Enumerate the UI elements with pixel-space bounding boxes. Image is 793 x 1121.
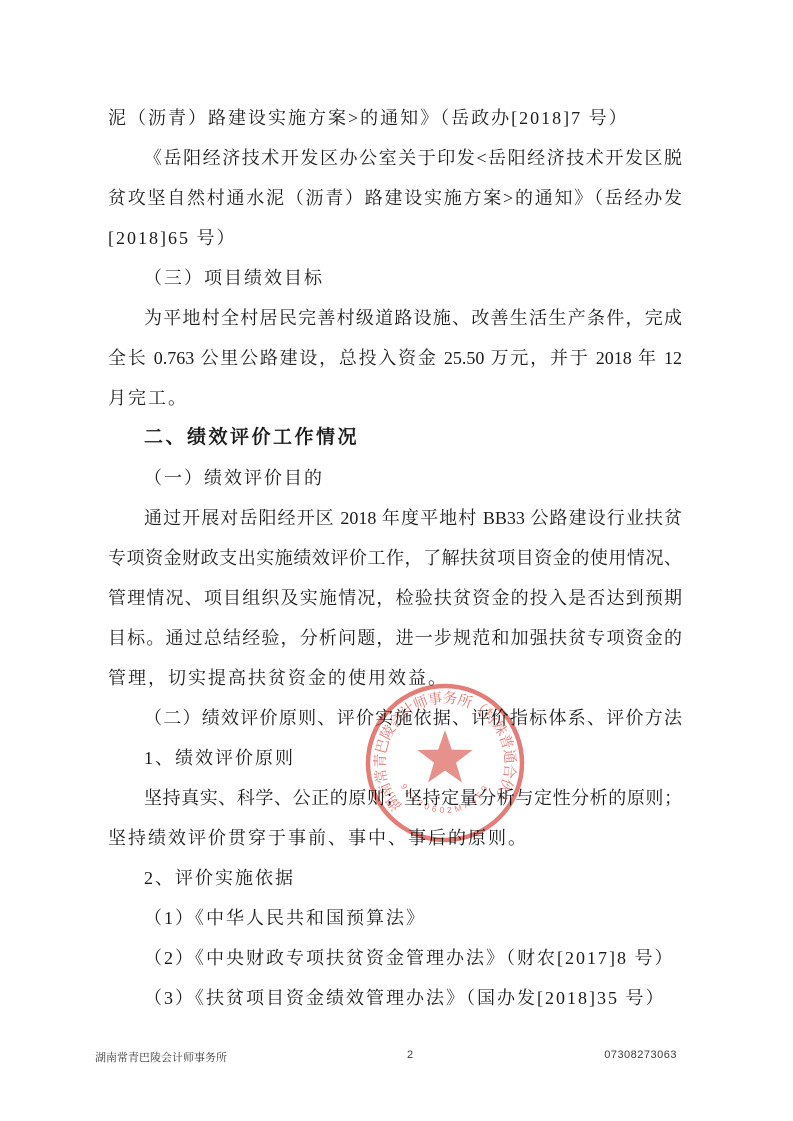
footer-firm-name: 湖南常青巴陵会计师事务所 xyxy=(95,1049,227,1065)
doc-section-heading: （三）项目绩效目标 xyxy=(108,258,682,298)
doc-list-item: （1）《中华人民共和国预算法》 xyxy=(108,898,682,938)
doc-line: 《岳阳经济技术开发区办公室关于印发<岳阳经济技术开发区脱 xyxy=(108,138,682,178)
doc-list-item: （3）《扶贫项目资金绩效管理办法》（国办发[2018]35 号） xyxy=(108,978,682,1018)
doc-line: 专项资金财政支出实施绩效评价工作，了解扶贫项目资金的使用情况、 xyxy=(108,538,682,578)
page-footer: 湖南常青巴陵会计师事务所 2 07308273063 xyxy=(0,1046,793,1066)
footer-page-number: 2 xyxy=(398,1049,422,1061)
document-body: 泥（沥青）路建设实施方案>的通知》（岳政办[2018]7 号） 《岳阳经济技术开… xyxy=(108,98,682,1018)
doc-line: 全长 0.763 公里公路建设，总投入资金 25.50 万元，并于 2018 年… xyxy=(108,338,682,378)
doc-list-item: （2）《中央财政专项扶贫资金管理办法》（财农[2017]8 号） xyxy=(108,938,682,978)
doc-line: [2018]65 号） xyxy=(108,218,682,258)
doc-line: 月完工。 xyxy=(108,378,682,418)
doc-line: 目标。通过总结经验，分析问题，进一步规范和加强扶贫专项资金的 xyxy=(108,618,682,658)
doc-section-heading: （一）绩效评价目的 xyxy=(108,458,682,498)
footer-phone-number: 07308273063 xyxy=(604,1049,677,1061)
doc-subsection-heading: 1、绩效评价原则 xyxy=(108,738,682,778)
doc-line: 泥（沥青）路建设实施方案>的通知》（岳政办[2018]7 号） xyxy=(108,98,682,138)
scanned-document-page: 泥（沥青）路建设实施方案>的通知》（岳政办[2018]7 号） 《岳阳经济技术开… xyxy=(0,0,793,1121)
doc-line: 管理情况、项目组织及实施情况，检验扶贫资金的投入是否达到预期 xyxy=(108,578,682,618)
doc-subsection-heading: 2、评价实施依据 xyxy=(108,858,682,898)
doc-line: 贫攻坚自然村通水泥（沥青）路建设实施方案>的通知》（岳经办发 xyxy=(108,178,682,218)
doc-chapter-heading: 二、绩效评价工作情况 xyxy=(108,418,682,458)
doc-section-heading: （二）绩效评价原则、评价实施依据、评价指标体系、评价方法 xyxy=(108,698,682,738)
doc-line: 坚持真实、科学、公正的原则；坚持定量分析与定性分析的原则； xyxy=(108,778,682,818)
doc-line: 通过开展对岳阳经开区 2018 年度平地村 BB33 公路建设行业扶贫 xyxy=(108,498,682,538)
doc-line: 为平地村全村居民完善村级道路设施、改善生活生产条件，完成 xyxy=(108,298,682,338)
doc-line: 坚持绩效评价贯穿于事前、事中、事后的原则。 xyxy=(108,818,682,858)
doc-line: 管理，切实提高扶贫资金的使用效益。 xyxy=(108,658,682,698)
